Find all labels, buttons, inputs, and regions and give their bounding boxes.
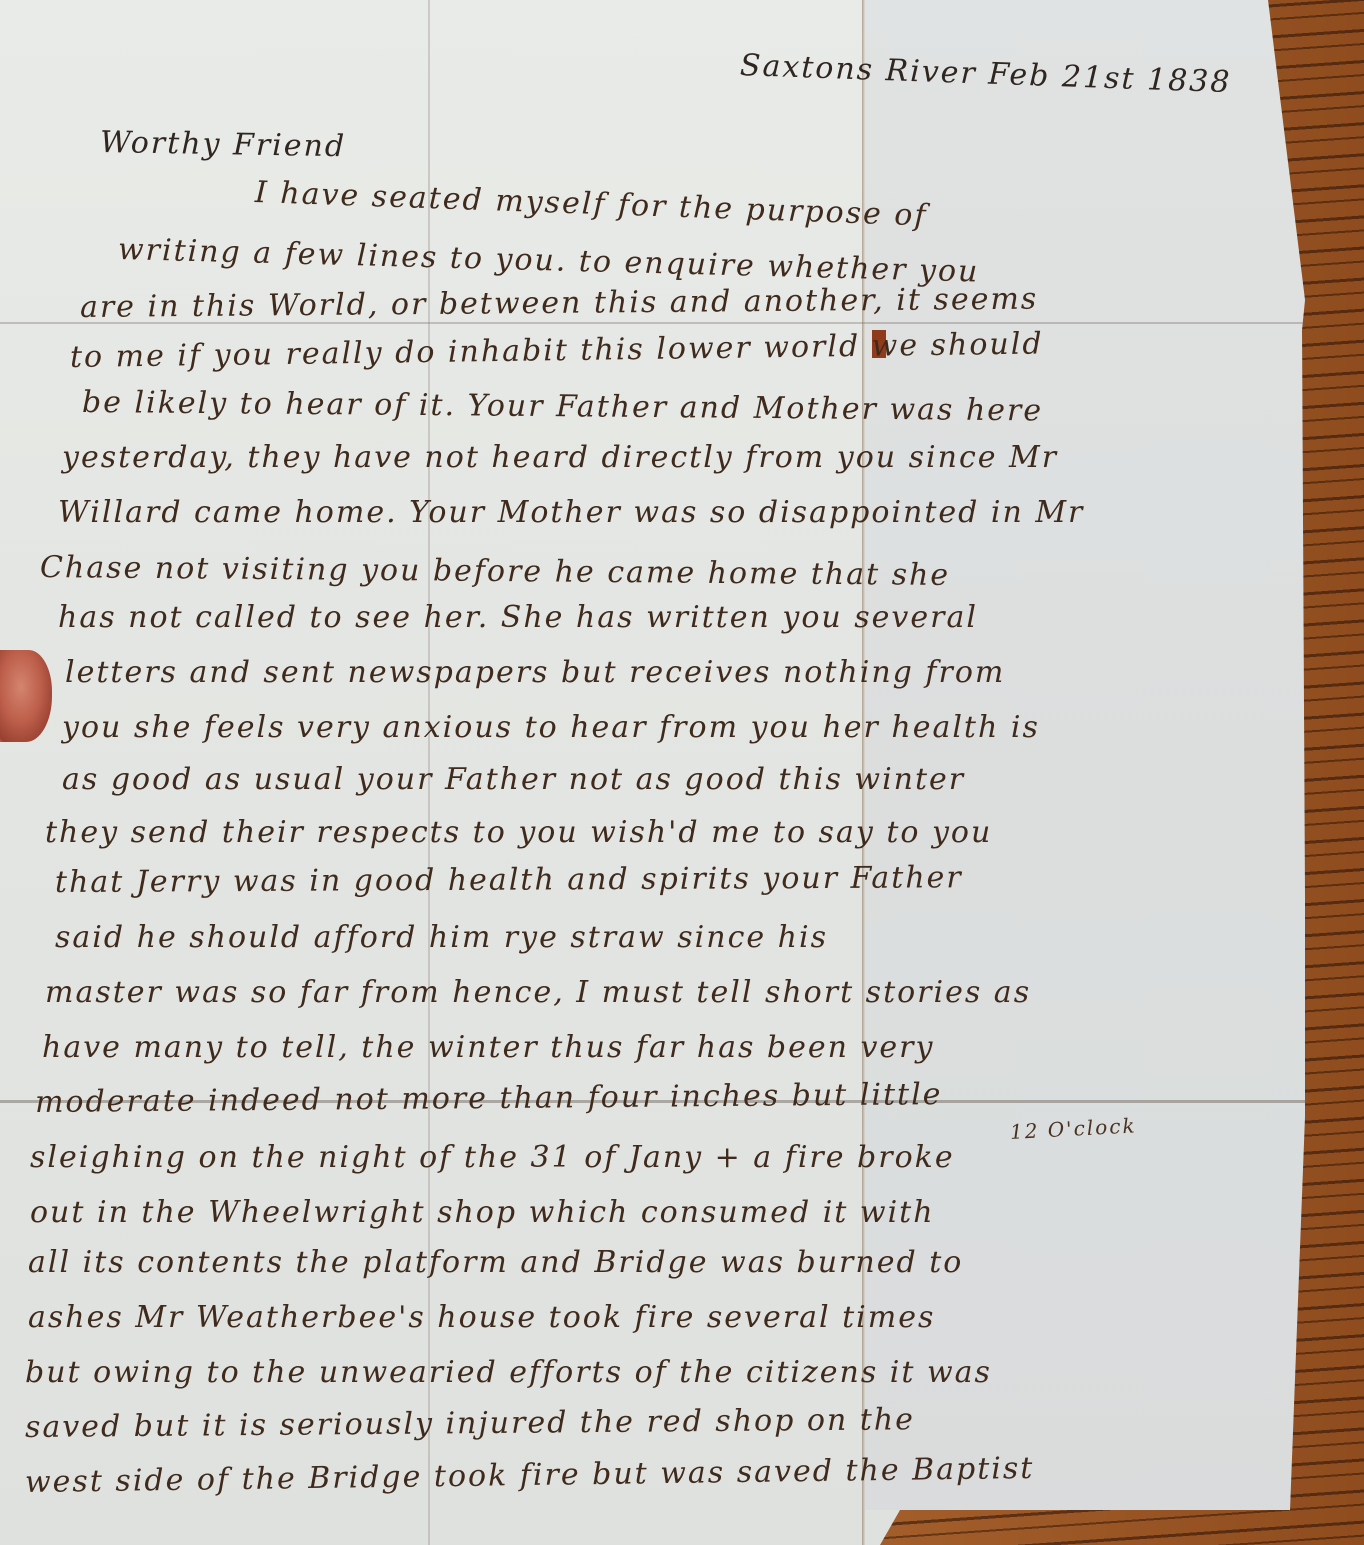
letter-line: I have seated myself for the purpose of (254, 175, 928, 233)
letter-line: sleighing on the night of the 31 of Jany… (30, 1140, 955, 1175)
letter-line: all its contents the platform and Bridge… (28, 1245, 963, 1280)
letter-line: as good as usual your Father not as good… (62, 762, 965, 797)
letter-line: Chase not visiting you before he came ho… (40, 550, 950, 593)
letter-line: out in the Wheelwright shop which consum… (30, 1195, 935, 1230)
letter-line: you she feels very anxious to hear from … (62, 710, 1040, 745)
letter-line: be likely to hear of it. Your Father and… (82, 385, 1043, 428)
wax-seal-remnant (0, 650, 52, 742)
letter-line: but owing to the unwearied efforts of th… (25, 1355, 992, 1390)
letter-paper: Saxtons River Feb 21st 1838 Worthy Frien… (0, 0, 1305, 1545)
letter-salutation: Worthy Friend (100, 125, 347, 164)
letter-line: that Jerry was in good health and spirit… (55, 860, 963, 900)
letter-line: master was so far from hence, I must tel… (45, 975, 1031, 1010)
letter-line: said he should afford him rye straw sinc… (55, 920, 828, 955)
letter-line: saved but it is seriously injured the re… (25, 1402, 915, 1445)
letter-line: writing a few lines to you. to enquire w… (118, 232, 980, 290)
letter-line: Willard came home. Your Mother was so di… (58, 495, 1084, 530)
letter-line: they send their respects to you wish'd m… (45, 815, 992, 850)
letter-line: ashes Mr Weatherbee's house took fire se… (28, 1300, 935, 1335)
letter-line: has not called to see her. She has writt… (58, 600, 978, 635)
letter-line: letters and sent newspapers but receives… (65, 655, 1005, 690)
paper-overlap-panel (865, 0, 1305, 1510)
letter-line: have many to tell, the winter thus far h… (42, 1030, 934, 1065)
letter-line: moderate indeed not more than four inche… (35, 1077, 943, 1120)
letter-line: yesterday, they have not heard directly … (62, 440, 1058, 475)
